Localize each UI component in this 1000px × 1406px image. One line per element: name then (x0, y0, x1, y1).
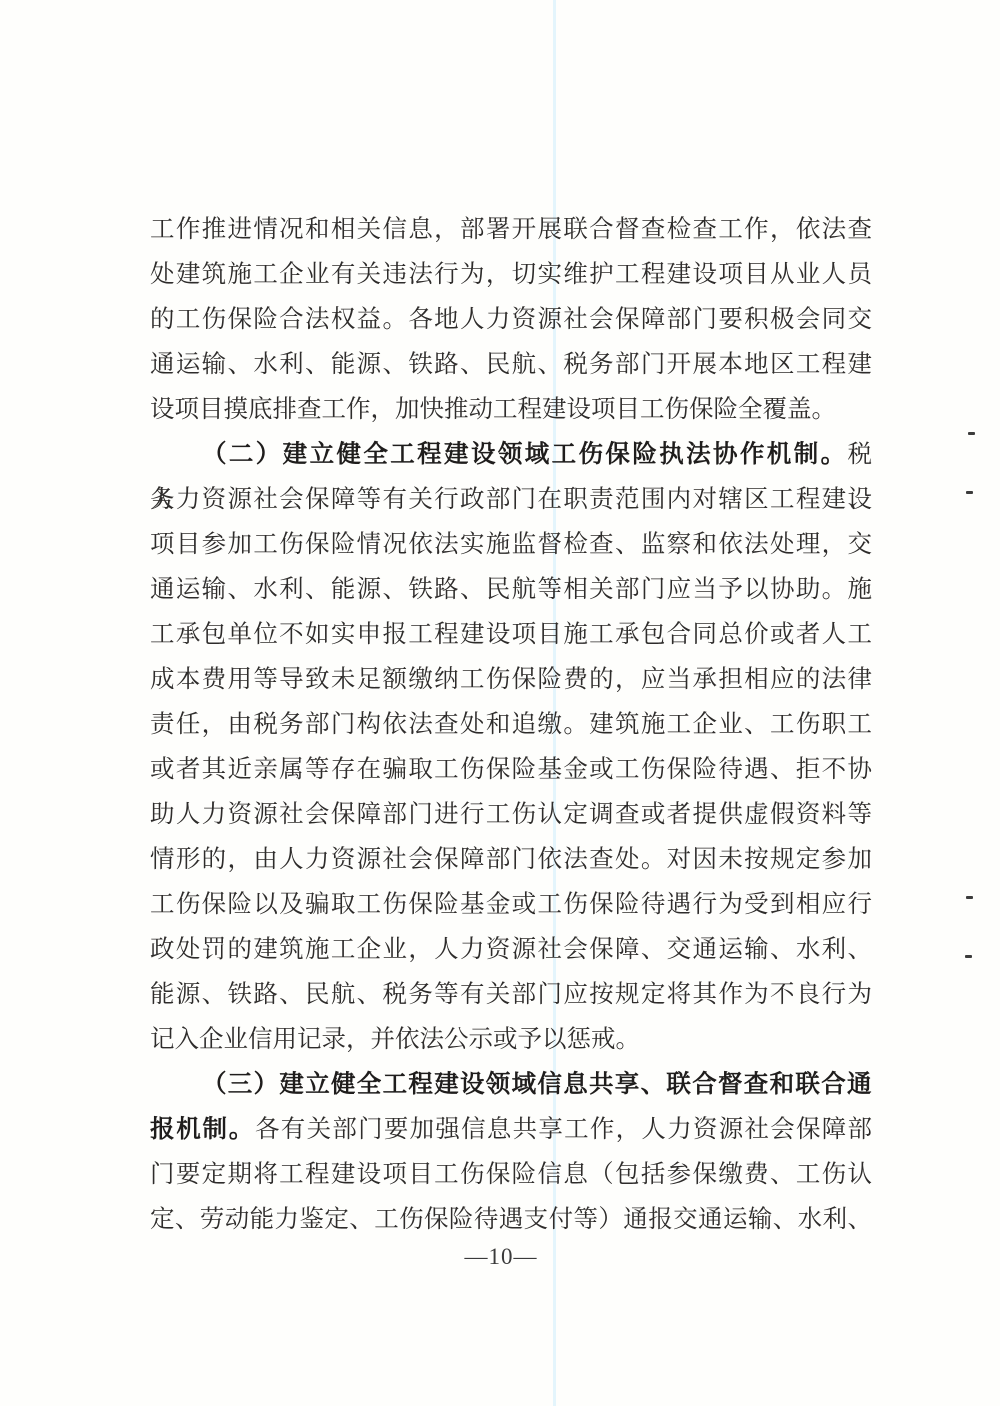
document-body: 工作推进情况和相关信息，部署开展联合督查检查工作，依法查处建筑施工企业有关违法行… (150, 207, 872, 1242)
text-line: 通运输、水利、能源、铁路、民航、税务部门开展本地区工程建 (150, 342, 872, 387)
text-line: 情形的，由人力资源社会保障部门依法查处。对因未按规定参加 (150, 837, 872, 882)
text-line: 成本费用等导致未足额缴纳工伤保险费的，应当承担相应的法律 (150, 657, 872, 702)
text-line: 责任，由税务部门构依法查处和追缴。建筑施工企业、工伤职工 (150, 702, 872, 747)
body-text: 通运输、水利、能源、铁路、民航等相关部门应当予以协助。施 (150, 576, 872, 603)
text-line: （三）建立健全工程建设领域信息共享、联合督查和联合通 (150, 1062, 872, 1107)
margin-mark (965, 955, 972, 958)
body-text: 工作推进情况和相关信息，部署开展联合督查检查工作，依法查 (150, 216, 872, 243)
text-line: 工承包单位不如实申报工程建设项目施工承包合同总价或者人工 (150, 612, 872, 657)
body-text: 的工伤保险合法权益。各地人力资源社会保障部门要积极会同交 (150, 306, 872, 333)
body-text: 定、劳动能力鉴定、工伤保险待遇支付等）通报交通运输、水利、 (150, 1206, 872, 1233)
body-text: 设项目摸底排查工作，加快推动工程建设项目工伤保险全覆盖。 (150, 396, 836, 423)
margin-mark (966, 896, 973, 899)
body-text: 工承包单位不如实申报工程建设项目施工承包合同总价或者人工 (150, 621, 872, 648)
margin-mark (968, 432, 975, 435)
text-line: 或者其近亲属等存在骗取工伤保险基金或工伤保险待遇、拒不协 (150, 747, 872, 792)
text-line: 记入企业信用记录，并依法公示或予以惩戒。 (150, 1017, 872, 1062)
heading-text: （三）建立健全工程建设领域信息共享、联合督查和联合通 (202, 1071, 872, 1098)
body-text: 能源、铁路、民航、税务等有关部门应按规定将其作为不良行为 (150, 981, 872, 1008)
text-line: 设项目摸底排查工作，加快推动工程建设项目工伤保险全覆盖。 (150, 387, 872, 432)
text-line: 报机制。各有关部门要加强信息共享工作，人力资源社会保障部 (150, 1107, 872, 1152)
text-line: 政处罚的建筑施工企业，人力资源社会保障、交通运输、水利、 (150, 927, 872, 972)
body-text: 通运输、水利、能源、铁路、民航、税务部门开展本地区工程建 (150, 351, 872, 378)
body-text: 处建筑施工企业有关违法行为，切实维护工程建设项目从业人员 (150, 261, 872, 288)
body-text: 项目参加工伤保险情况依法实施监督检查、监察和依法处理，交 (150, 531, 872, 558)
body-text: 各有关部门要加强信息共享工作，人力资源社会保障部 (255, 1116, 872, 1143)
text-line: 能源、铁路、民航、税务等有关部门应按规定将其作为不良行为 (150, 972, 872, 1017)
body-text: 成本费用等导致未足额缴纳工伤保险费的，应当承担相应的法律 (150, 666, 872, 693)
text-line: 项目参加工伤保险情况依法实施监督检查、监察和依法处理，交 (150, 522, 872, 567)
heading-text: （二）建立健全工程建设领域工伤保险执法协作机制。 (202, 441, 848, 468)
text-line: 助人力资源社会保障部门进行工伤认定调查或者提供虚假资料等 (150, 792, 872, 837)
text-line: 的工伤保险合法权益。各地人力资源社会保障部门要积极会同交 (150, 297, 872, 342)
body-text: 记入企业信用记录，并依法公示或予以惩戒。 (150, 1026, 640, 1053)
text-line: 处建筑施工企业有关违法行为，切实维护工程建设项目从业人员 (150, 252, 872, 297)
text-line: 通运输、水利、能源、铁路、民航等相关部门应当予以协助。施 (150, 567, 872, 612)
heading-text: 报机制。 (150, 1116, 255, 1143)
text-line: 工伤保险以及骗取工伤保险基金或工伤保险待遇行为受到相应行 (150, 882, 872, 927)
body-text: 人力资源社会保障等有关行政部门在职责范围内对辖区工程建设 (150, 486, 872, 513)
body-text: 情形的，由人力资源社会保障部门依法查处。对因未按规定参加 (150, 846, 872, 873)
page-number: —10— (140, 1244, 862, 1270)
margin-mark (966, 491, 973, 494)
body-text: 工伤保险以及骗取工伤保险基金或工伤保险待遇行为受到相应行 (150, 891, 872, 918)
body-text: 责任，由税务部门构依法查处和追缴。建筑施工企业、工伤职工 (150, 711, 872, 738)
text-line: 门要定期将工程建设项目工伤保险信息（包括参保缴费、工伤认 (150, 1152, 872, 1197)
body-text: 门要定期将工程建设项目工伤保险信息（包括参保缴费、工伤认 (150, 1161, 872, 1188)
body-text: 助人力资源社会保障部门进行工伤认定调查或者提供虚假资料等 (150, 801, 872, 828)
body-text: 政处罚的建筑施工企业，人力资源社会保障、交通运输、水利、 (150, 936, 872, 963)
text-line: 人力资源社会保障等有关行政部门在职责范围内对辖区工程建设 (150, 477, 872, 522)
text-line: （二）建立健全工程建设领域工伤保险执法协作机制。税务、 (150, 432, 872, 477)
text-line: 工作推进情况和相关信息，部署开展联合督查检查工作，依法查 (150, 207, 872, 252)
scanned-document-page: 工作推进情况和相关信息，部署开展联合督查检查工作，依法查处建筑施工企业有关违法行… (0, 0, 1000, 1406)
text-line: 定、劳动能力鉴定、工伤保险待遇支付等）通报交通运输、水利、 (150, 1197, 872, 1242)
body-text: 或者其近亲属等存在骗取工伤保险基金或工伤保险待遇、拒不协 (150, 756, 872, 783)
